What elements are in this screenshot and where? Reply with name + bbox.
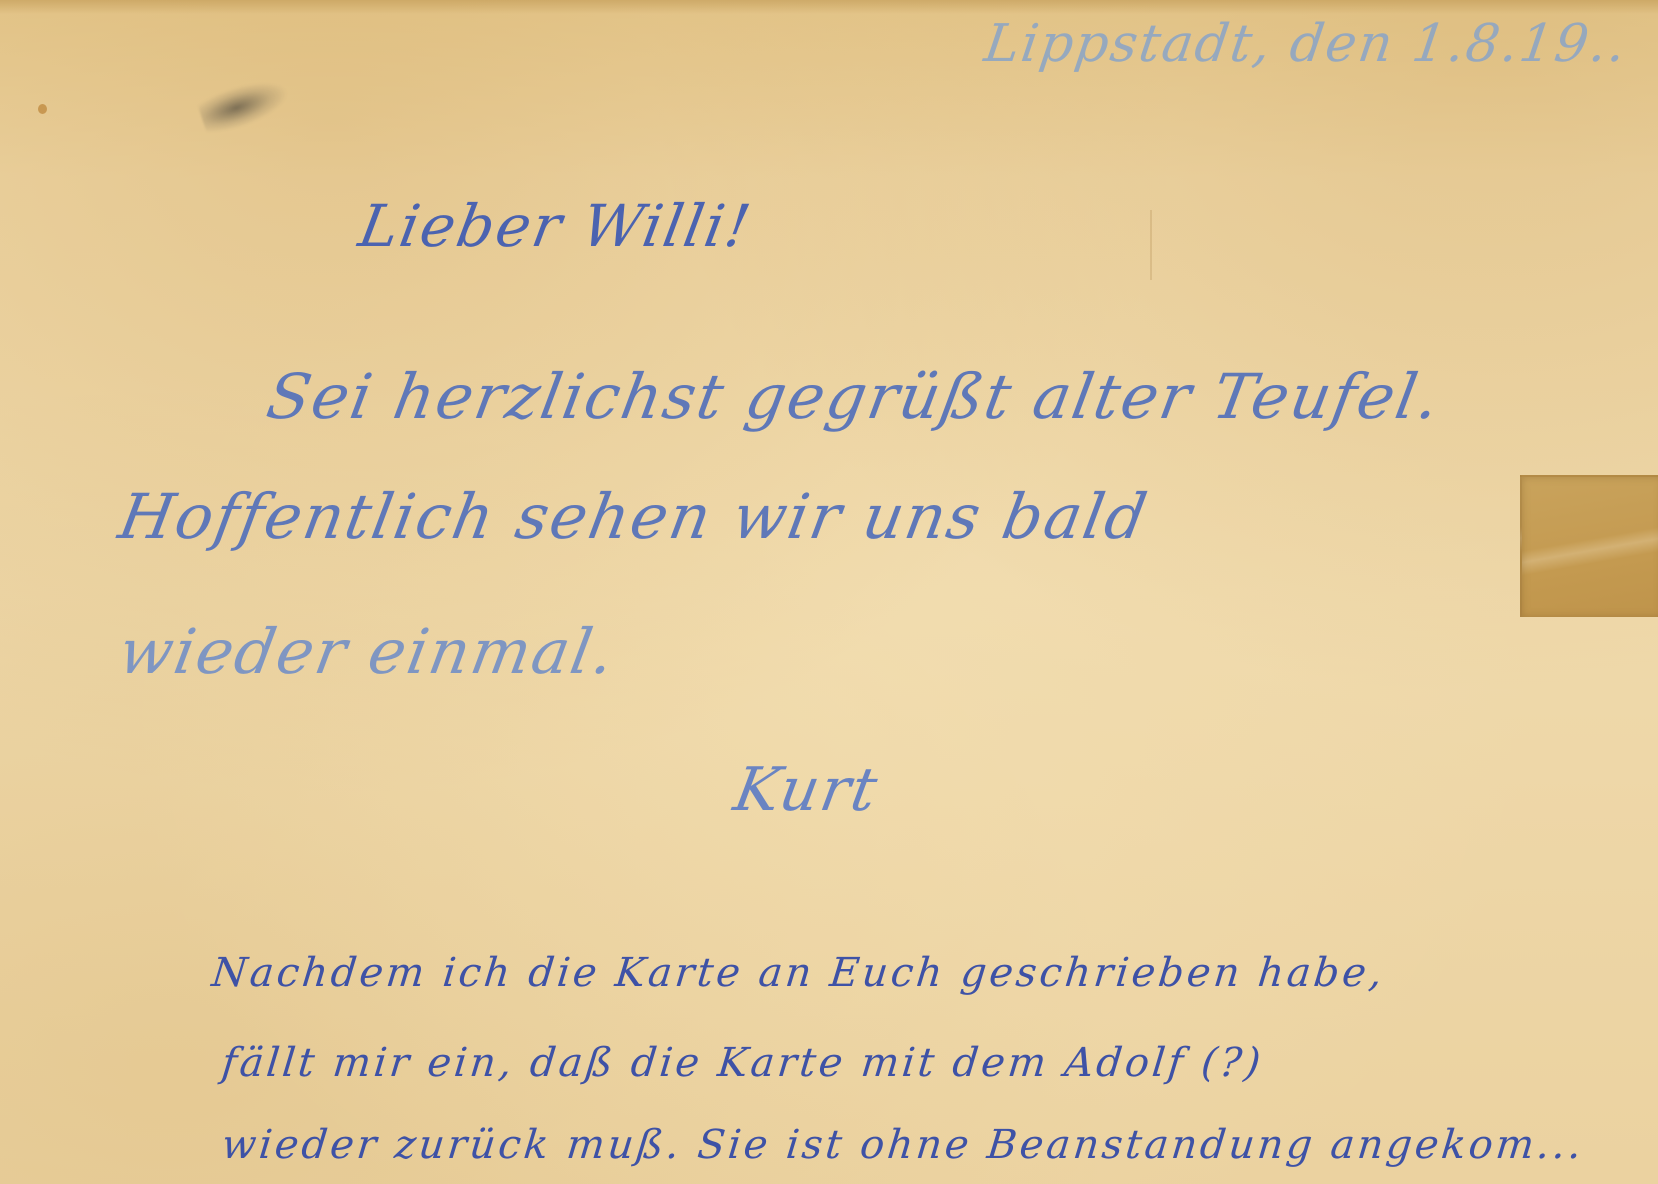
salutation: Lieber Willi!	[354, 192, 757, 260]
postmark-smudge	[196, 72, 294, 138]
adhesive-tape-residue	[1520, 475, 1658, 617]
paper-stain	[38, 104, 47, 114]
paper-crease	[1150, 210, 1152, 280]
postscript-line-3: wieder zurück muß. Sie ist ohne Beanstan…	[220, 1122, 1587, 1168]
place-and-date: Lippstadt, den 1.8.19..	[981, 14, 1632, 74]
signature: Kurt	[729, 755, 884, 825]
paper-top-edge-discoloration	[0, 0, 1658, 14]
body-line-3: wieder einmal.	[114, 615, 622, 688]
postscript-line-2: fällt mir ein, daß die Karte mit dem Ado…	[220, 1040, 1266, 1086]
body-line-1: Sei herzlichst gegrüßt alter Teufel.	[262, 360, 1447, 433]
postscript-line-1: Nachdem ich die Karte an Euch geschriebe…	[210, 950, 1388, 996]
aged-letter-paper: Lippstadt, den 1.8.19.. Lieber Willi! Se…	[0, 0, 1658, 1184]
body-line-2: Hoffentlich sehen wir uns bald	[114, 480, 1154, 553]
